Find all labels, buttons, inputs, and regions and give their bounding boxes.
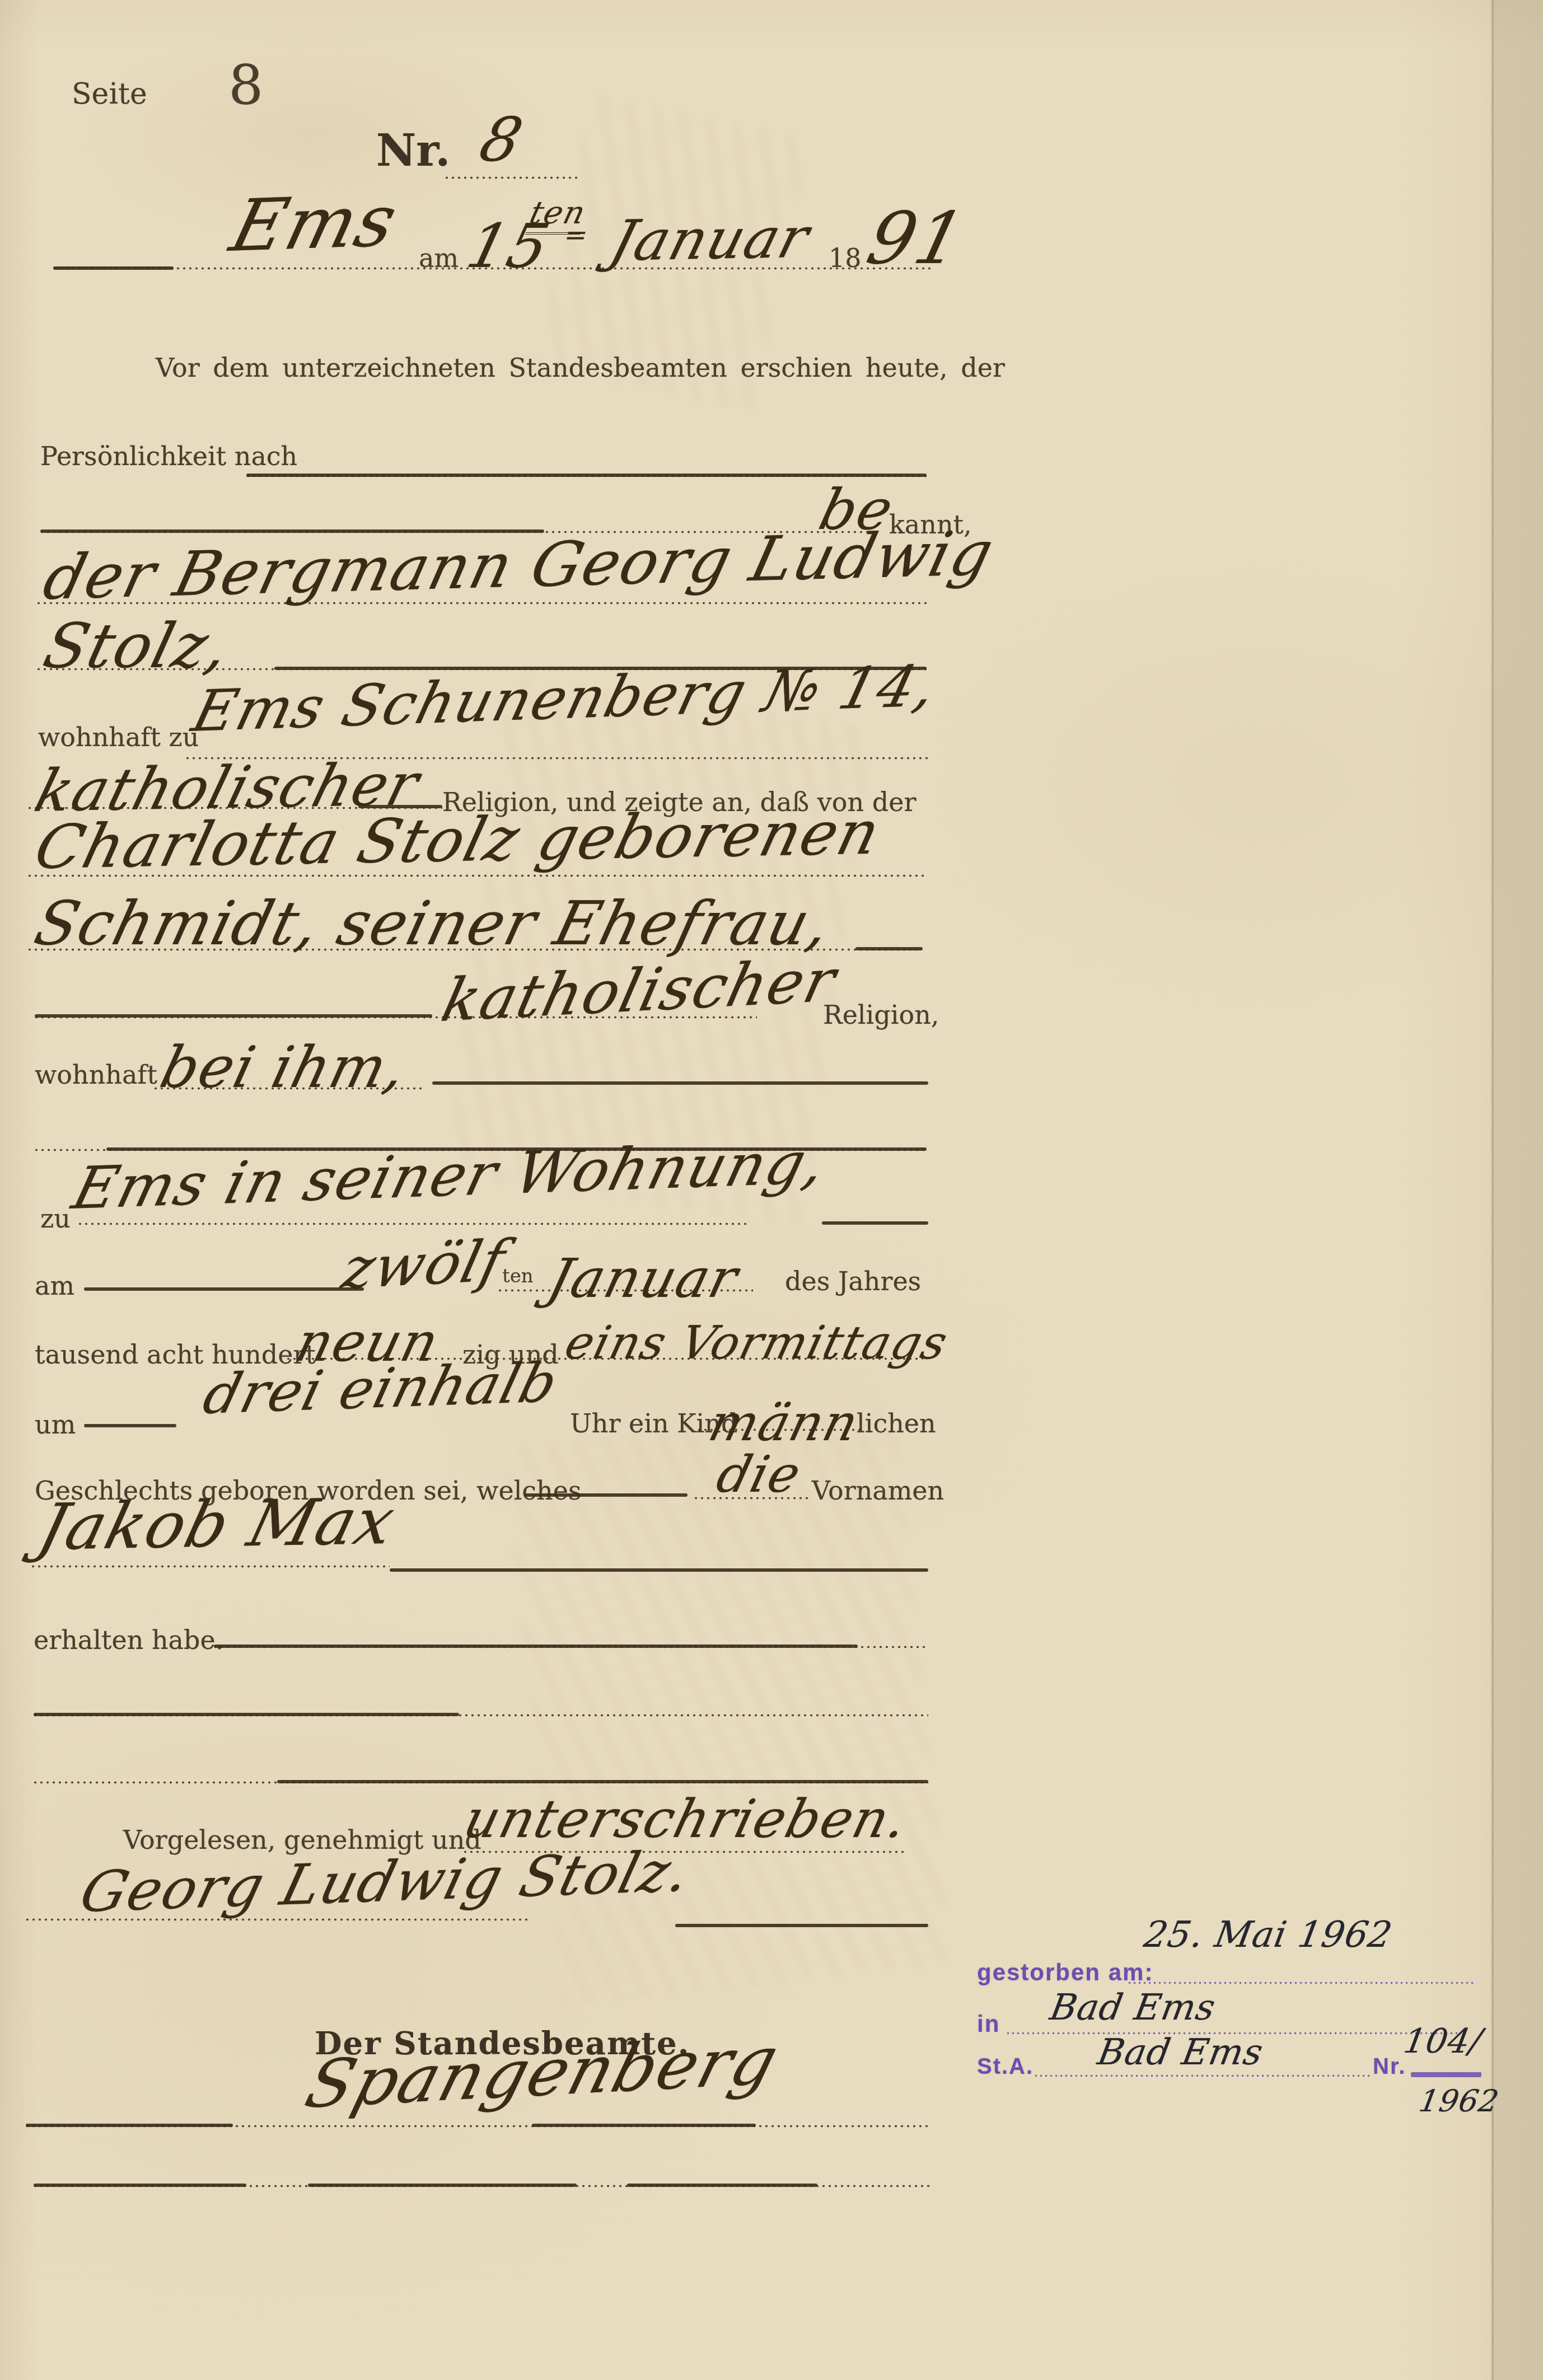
rule (35, 1016, 757, 1019)
birthplace-label: zu (40, 1203, 71, 1234)
birthdate-month: Januar (542, 1247, 745, 1310)
birthdate-am-label: am (35, 1271, 74, 1301)
page-edge-shade (1494, 0, 1543, 2380)
rule (498, 1289, 753, 1292)
birthdate-day: zwölf (336, 1228, 512, 1303)
birthtime-value: drei einhalb (197, 1351, 565, 1427)
rule (26, 1918, 530, 1921)
rule (31, 1565, 390, 1568)
rule (34, 2184, 246, 2187)
residence-label: wohnhaft zu (38, 722, 199, 752)
rule (84, 1287, 364, 1291)
mother-religion: katholischer (436, 946, 843, 1035)
register-page: Seite 8 Nr. 8 Ems am 15 ten = Januar 18 … (0, 0, 1543, 2380)
rule (627, 2184, 817, 2187)
stamp-rule (1128, 1981, 1476, 1984)
rule (525, 1493, 688, 1497)
child-gender-printed: lichen (857, 1408, 936, 1439)
page-number: 8 (228, 54, 263, 118)
rule (84, 1424, 176, 1427)
birthdate-desjahres: des Jahres (785, 1266, 921, 1296)
mother-line1: Charlotta Stolz geborenen (28, 798, 887, 883)
rule (214, 1646, 928, 1648)
rule (445, 176, 579, 179)
death-stamp-nr-value: 104/ (1401, 2022, 1485, 2061)
rule (28, 874, 925, 877)
death-stamp-office-label: St.A. (977, 2054, 1034, 2079)
rule (34, 1713, 459, 1716)
declarant-line2: Stolz, (37, 610, 237, 682)
vornamen-article: die (711, 1445, 807, 1504)
birthplace-value: Ems in seiner Wohnung, (66, 1128, 834, 1222)
rule (698, 1428, 860, 1431)
death-stamp-in-label: in (977, 2011, 1000, 2037)
rule (308, 2184, 577, 2187)
mother-religion-printed: Religion, (823, 1000, 939, 1030)
death-stamp-died-value: 25. Mai 1962 (1141, 1914, 1396, 1956)
page-label: Seite (72, 77, 147, 111)
rule (694, 1497, 809, 1500)
record-number-label: Nr. (376, 125, 450, 176)
rule (78, 1222, 750, 1225)
dateline-place: Ems (223, 179, 406, 268)
rule (432, 1081, 928, 1085)
death-stamp-nr-year: 1962 (1416, 2083, 1502, 2119)
rule (390, 1568, 928, 1572)
child-names: Jakob Max (31, 1484, 403, 1564)
record-number-value: 8 (473, 105, 530, 175)
death-stamp-office-value: Bad Ems (1095, 2032, 1266, 2073)
child-gender: männ (703, 1394, 865, 1453)
birthtime-um-label: um (35, 1409, 76, 1440)
intro-personlichkeit: Persönlichkeit nach (40, 441, 297, 471)
rule (246, 475, 927, 477)
rule (822, 1221, 928, 1225)
stamp-rule (1035, 2074, 1371, 2077)
vornamen-printed: Vornamen (812, 1475, 944, 1506)
rule (855, 947, 923, 950)
erhalten-printed: erhalten habe. (34, 1625, 223, 1655)
rule (53, 267, 933, 270)
rule (37, 602, 928, 605)
birthdate-day-suffix: ten (502, 1265, 534, 1287)
stamp-rule (1411, 2072, 1481, 2077)
dateline-month: Januar (604, 205, 817, 274)
birthyear-rest: eins Vormittags (560, 1317, 953, 1370)
death-stamp-died-label: gestorben am: (977, 1959, 1153, 1986)
rule (277, 1780, 928, 1783)
rule (675, 1924, 928, 1927)
death-stamp-in-value: Bad Ems (1047, 1987, 1219, 2028)
mother-residence-value: bei ihm, (154, 1034, 414, 1101)
rule (154, 1087, 423, 1090)
mother-residence-label: wohnhaft (35, 1060, 157, 1090)
rule (26, 2124, 233, 2127)
intro-line: Vor dem unterzeichneten Standesbeamten e… (156, 353, 1005, 383)
rule (532, 2124, 756, 2127)
